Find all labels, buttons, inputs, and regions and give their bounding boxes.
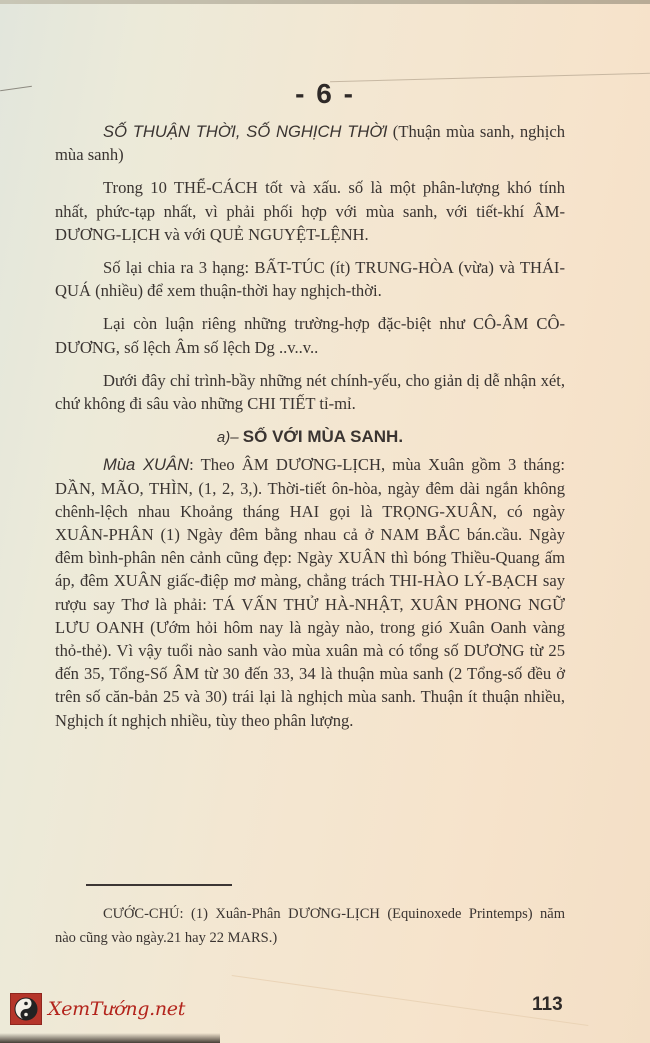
subheading-prefix: a)– <box>217 429 243 446</box>
footnote: CƯỚC-CHÚ: (1) Xuân-Phân DƯƠNG-LỊCH (Equi… <box>55 902 565 950</box>
watermark-text: XemTướng.net <box>48 998 185 1020</box>
paragraph: Số lại chia ra 3 hạng: BẤT-TÚC (ít) TRUN… <box>55 256 565 302</box>
section-title: SỐ THUẬN THỜI, SỐ NGHỊCH THỜI (Thuận mùa… <box>55 120 565 166</box>
page-number: 113 <box>532 994 563 1016</box>
body-text: SỐ THUẬN THỜI, SỐ NGHỊCH THỜI (Thuận mùa… <box>55 120 565 732</box>
footnote-divider <box>86 884 232 886</box>
section-title-italic: SỐ THUẬN THỜI, SỐ NGHỊCH THỜI <box>103 122 387 141</box>
paragraph: Dưới đây chỉ trình-bầy những nét chính-y… <box>55 369 565 415</box>
spring-label: Mùa XUÂN <box>103 455 189 474</box>
paragraph: Trong 10 THỂ-CÁCH tốt và xấu. số là một … <box>55 176 565 246</box>
subheading-text: SỐ VỚI MÙA SANH. <box>243 427 403 446</box>
footnote-text: CƯỚC-CHÚ: (1) Xuân-Phân DƯƠNG-LỊCH (Equi… <box>55 902 565 950</box>
spring-text: : Theo ÂM DƯƠNG-LỊCH, mùa Xuân gồm 3 thá… <box>55 455 565 729</box>
spring-paragraph: Mùa XUÂN: Theo ÂM DƯƠNG-LỊCH, mùa Xuân g… <box>55 453 565 731</box>
section-number: - 6 - <box>0 78 650 110</box>
watermark-logo: XemTướng.net <box>10 993 185 1025</box>
yin-yang-icon <box>10 993 42 1025</box>
subheading: a)– SỐ VỚI MÙA SANH. <box>55 425 565 449</box>
paragraph: Lại còn luận riêng những trường-hợp đặc-… <box>55 312 565 358</box>
page-top-edge <box>0 0 650 4</box>
page-shadow <box>0 1033 220 1043</box>
